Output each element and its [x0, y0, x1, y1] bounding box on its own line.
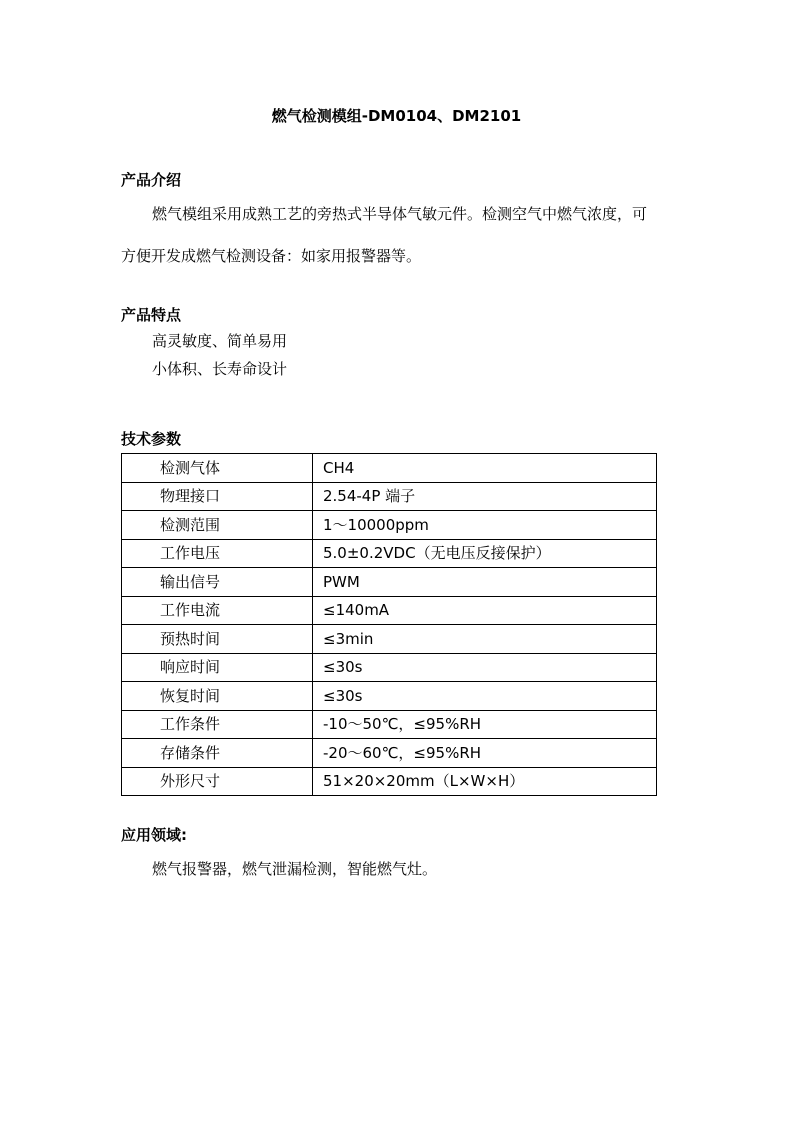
- spec-table: 检测气体CH4 物理接口2.54-4P 端子 检测范围1～10000ppm 工作…: [121, 453, 657, 796]
- table-row: 检测范围1～10000ppm: [122, 511, 657, 540]
- spec-name: 工作电压: [122, 539, 313, 568]
- page-title: 燃气检测模组-DM0104、DM2101: [0, 106, 793, 126]
- spec-name: 响应时间: [122, 653, 313, 682]
- intro-text-line-1: 燃气模组采用成熟工艺的旁热式半导体气敏元件。检测空气中燃气浓度，可: [152, 204, 647, 224]
- spec-value: 51×20×20mm（L×W×H）: [313, 767, 657, 796]
- table-row: 工作电压5.0±0.2VDC（无电压反接保护）: [122, 539, 657, 568]
- spec-value: ≤30s: [313, 682, 657, 711]
- spec-value: -20～60℃，≤95%RH: [313, 739, 657, 768]
- spec-value: 5.0±0.2VDC（无电压反接保护）: [313, 539, 657, 568]
- spec-value: ≤3min: [313, 625, 657, 654]
- table-row: 外形尺寸51×20×20mm（L×W×H）: [122, 767, 657, 796]
- spec-name: 工作电流: [122, 596, 313, 625]
- feature-item: 高灵敏度、简单易用: [152, 331, 287, 351]
- table-row: 响应时间≤30s: [122, 653, 657, 682]
- table-row: 存储条件-20～60℃，≤95%RH: [122, 739, 657, 768]
- spec-value: ≤140mA: [313, 596, 657, 625]
- intro-heading: 产品介绍: [121, 170, 181, 190]
- spec-name: 输出信号: [122, 568, 313, 597]
- table-row: 工作条件-10～50℃，≤95%RH: [122, 710, 657, 739]
- table-row: 恢复时间≤30s: [122, 682, 657, 711]
- table-row: 预热时间≤3min: [122, 625, 657, 654]
- spec-name: 存储条件: [122, 739, 313, 768]
- applications-text: 燃气报警器，燃气泄漏检测，智能燃气灶。: [152, 859, 437, 879]
- spec-name: 工作条件: [122, 710, 313, 739]
- spec-value: ≤30s: [313, 653, 657, 682]
- feature-item: 小体积、长寿命设计: [152, 359, 287, 379]
- table-row: 物理接口2.54-4P 端子: [122, 482, 657, 511]
- spec-name: 检测气体: [122, 454, 313, 483]
- spec-value: PWM: [313, 568, 657, 597]
- intro-text-line-2: 方便开发成燃气检测设备：如家用报警器等。: [121, 246, 421, 266]
- table-row: 输出信号PWM: [122, 568, 657, 597]
- spec-value: -10～50℃，≤95%RH: [313, 710, 657, 739]
- specs-heading: 技术参数: [121, 429, 181, 449]
- table-row: 检测气体CH4: [122, 454, 657, 483]
- table-row: 工作电流≤140mA: [122, 596, 657, 625]
- spec-name: 外形尺寸: [122, 767, 313, 796]
- spec-name: 预热时间: [122, 625, 313, 654]
- spec-name: 物理接口: [122, 482, 313, 511]
- spec-value: CH4: [313, 454, 657, 483]
- features-heading: 产品特点: [121, 305, 181, 325]
- spec-name: 恢复时间: [122, 682, 313, 711]
- spec-name: 检测范围: [122, 511, 313, 540]
- spec-value: 2.54-4P 端子: [313, 482, 657, 511]
- applications-heading: 应用领域:: [121, 825, 187, 845]
- spec-value: 1～10000ppm: [313, 511, 657, 540]
